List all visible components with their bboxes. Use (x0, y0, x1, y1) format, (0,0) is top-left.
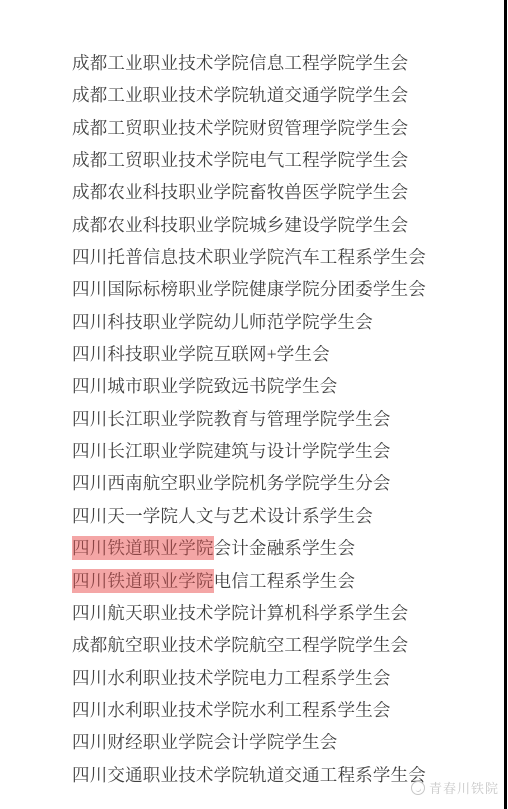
list-item-text: 四川航天职业技术学院计算机科学系学生会 (72, 603, 408, 623)
list-item: 成都工业职业技术学院信息工程学院学生会 (72, 47, 426, 79)
list-item: 四川西南航空职业学院机务学院学生分会 (72, 467, 426, 499)
list-item: 成都农业科技职业学院畜牧兽医学院学生会 (72, 176, 426, 208)
list-item-text: 四川西南航空职业学院机务学院学生分会 (72, 473, 391, 493)
list-item-text: 四川水利职业技术学院水利工程系学生会 (72, 700, 391, 720)
list-item: 四川水利职业技术学院电力工程系学生会 (72, 662, 426, 694)
circle-logo-icon (411, 781, 425, 795)
list-item: 四川水利职业技术学院水利工程系学生会 (72, 694, 426, 726)
list-item-text: 四川交通职业技术学院轨道交通工程系学生会 (72, 765, 426, 785)
list-item: 成都航空职业技术学院航空工程学院学生会 (72, 629, 426, 661)
right-border-line (504, 0, 507, 809)
list-item-text: 四川科技职业学院幼儿师范学院学生会 (72, 312, 373, 332)
list-item: 四川铁道职业学院会计金融系学生会 (72, 532, 426, 564)
list-item: 四川长江职业学院建筑与设计学院学生会 (72, 435, 426, 467)
list-item-text: 成都航空职业技术学院航空工程学院学生会 (72, 635, 408, 655)
student-union-list: 成都工业职业技术学院信息工程学院学生会 成都工业职业技术学院轨道交通学院学生会 … (72, 47, 426, 791)
list-item-text: 四川水利职业技术学院电力工程系学生会 (72, 668, 391, 688)
list-item-text: 成都农业科技职业学院畜牧兽医学院学生会 (72, 182, 408, 202)
list-item: 四川长江职业学院教育与管理学院学生会 (72, 403, 426, 435)
list-item-text: 四川长江职业学院建筑与设计学院学生会 (72, 441, 391, 461)
list-item-text: 会计金融系学生会 (214, 538, 356, 558)
list-item: 四川城市职业学院致远书院学生会 (72, 370, 426, 402)
list-item: 四川铁道职业学院电信工程系学生会 (72, 565, 426, 597)
watermark-text: 青春川铁院 (429, 778, 499, 797)
list-item-text: 四川托普信息技术职业学院汽车工程系学生会 (72, 247, 426, 267)
list-item: 四川航天职业技术学院计算机科学系学生会 (72, 597, 426, 629)
list-item: 成都农业科技职业学院城乡建设学院学生会 (72, 209, 426, 241)
list-item-text: 四川长江职业学院教育与管理学院学生会 (72, 409, 391, 429)
list-item-text: 成都工业职业技术学院信息工程学院学生会 (72, 53, 408, 73)
article-page: 成都工业职业技术学院信息工程学院学生会 成都工业职业技术学院轨道交通学院学生会 … (0, 0, 508, 809)
list-item: 四川天一学院人文与艺术设计系学生会 (72, 500, 426, 532)
list-item-text: 四川天一学院人文与艺术设计系学生会 (72, 506, 373, 526)
list-item-text: 成都工贸职业技术学院财贸管理学院学生会 (72, 118, 408, 138)
highlighted-college-name: 四川铁道职业学院 (72, 569, 214, 593)
list-item: 成都工业职业技术学院轨道交通学院学生会 (72, 79, 426, 111)
list-item: 成都工贸职业技术学院电气工程学院学生会 (72, 144, 426, 176)
list-item: 成都工贸职业技术学院财贸管理学院学生会 (72, 112, 426, 144)
list-item-text: 四川城市职业学院致远书院学生会 (72, 376, 338, 396)
list-item-text: 成都工贸职业技术学院电气工程学院学生会 (72, 150, 408, 170)
highlighted-college-name: 四川铁道职业学院 (72, 536, 214, 560)
list-item: 四川托普信息技术职业学院汽车工程系学生会 (72, 241, 426, 273)
list-item: 四川科技职业学院互联网+学生会 (72, 338, 426, 370)
list-item: 四川科技职业学院幼儿师范学院学生会 (72, 306, 426, 338)
watermark: 青春川铁院 (411, 778, 499, 797)
list-item-text: 四川国际标榜职业学院健康学院分团委学生会 (72, 279, 426, 299)
list-item: 四川交通职业技术学院轨道交通工程系学生会 (72, 759, 426, 791)
list-item: 四川财经职业学院会计学院学生会 (72, 726, 426, 758)
list-item-text: 成都农业科技职业学院城乡建设学院学生会 (72, 215, 408, 235)
list-item-text: 成都工业职业技术学院轨道交通学院学生会 (72, 85, 408, 105)
list-item-text: 四川科技职业学院互联网+学生会 (72, 344, 330, 364)
list-item-text: 电信工程系学生会 (214, 571, 356, 591)
list-item: 四川国际标榜职业学院健康学院分团委学生会 (72, 273, 426, 305)
list-item-text: 四川财经职业学院会计学院学生会 (72, 732, 338, 752)
